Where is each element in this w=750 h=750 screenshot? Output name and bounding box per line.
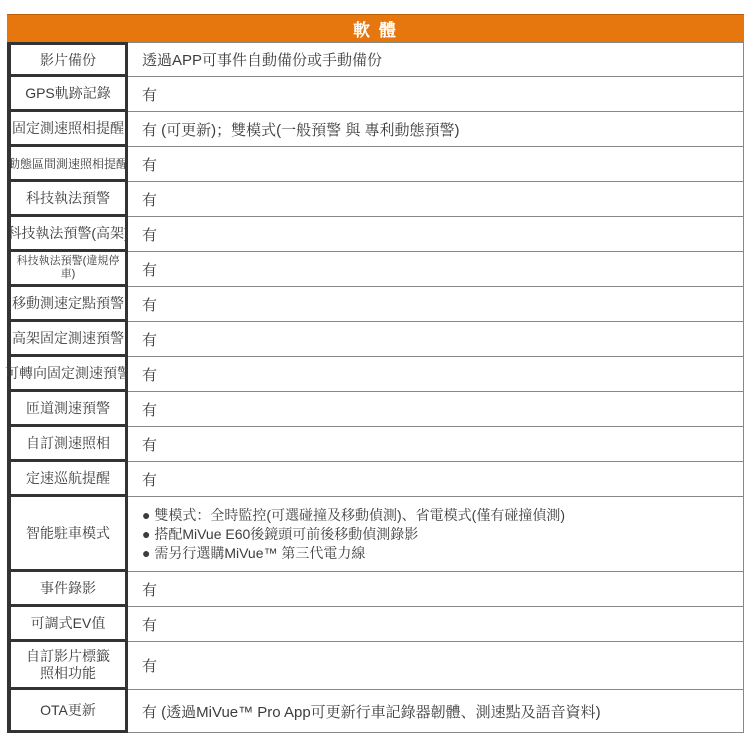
row-label: 動態區間測速照相提醒 xyxy=(7,147,128,182)
row-label: 定速巡航提醒 xyxy=(7,462,128,497)
row-value: 有 (透過MiVue™ Pro App可更新行車記錄器韌體、測速點及語音資料) xyxy=(128,690,744,733)
row-value: 有 xyxy=(128,147,744,182)
table-row: 自訂測速照相 有 xyxy=(7,427,744,462)
row-value: 有 xyxy=(128,77,744,112)
row-value: 有 xyxy=(128,392,744,427)
table-row: 事件錄影 有 xyxy=(7,572,744,607)
row-value: 有 xyxy=(128,287,744,322)
row-label: 移動測速定點預警 xyxy=(7,287,128,322)
row-label: 可轉向固定測速預警 xyxy=(7,357,128,392)
table-row: 可轉向固定測速預警 有 xyxy=(7,357,744,392)
row-value: 有 xyxy=(128,182,744,217)
row-label: 影片備份 xyxy=(7,42,128,77)
row-label: GPS軌跡記錄 xyxy=(7,77,128,112)
table-row: 影片備份 透過APP可事件自動備份或手動備份 xyxy=(7,42,744,77)
row-value: 有 xyxy=(128,607,744,642)
table-row: 可調式EV值 有 xyxy=(7,607,744,642)
row-label: 事件錄影 xyxy=(7,572,128,607)
row-value: 有 xyxy=(128,252,744,287)
row-label: 智能駐車模式 xyxy=(7,497,128,572)
table-row: 固定測速照相提醒 有 (可更新)；雙模式(一般預警 與 專利動態預警) xyxy=(7,112,744,147)
table-row: 高架固定測速預警 有 xyxy=(7,322,744,357)
software-spec-table: 軟 體 影片備份 透過APP可事件自動備份或手動備份 GPS軌跡記錄 有 固定測… xyxy=(7,14,744,733)
row-label: 匝道測速預警 xyxy=(7,392,128,427)
table-row: GPS軌跡記錄 有 xyxy=(7,77,744,112)
table-row: OTA更新 有 (透過MiVue™ Pro App可更新行車記錄器韌體、測速點及… xyxy=(7,690,744,733)
row-value: 有 xyxy=(128,642,744,690)
bullet-line: ● 雙模式：全時監控(可選碰撞及移動偵測)、省電模式(僅有碰撞偵測) xyxy=(142,506,737,525)
row-value: 透過APP可事件自動備份或手動備份 xyxy=(128,42,744,77)
row-label: 高架固定測速預警 xyxy=(7,322,128,357)
table-title: 軟 體 xyxy=(353,16,398,41)
table-row: 科技執法預警(高架) 有 xyxy=(7,217,744,252)
bullet-line: ● 需另行選購MiVue™ 第三代電力線 xyxy=(142,544,737,563)
table-row: 移動測速定點預警 有 xyxy=(7,287,744,322)
row-value: 有 xyxy=(128,427,744,462)
row-label: 科技執法預警(違規停 車) xyxy=(7,252,128,287)
table-row: 匝道測速預警 有 xyxy=(7,392,744,427)
table-row: 動態區間測速照相提醒 有 xyxy=(7,147,744,182)
table-row: 自訂影片標籤 照相功能 有 xyxy=(7,642,744,690)
table-row: 定速巡航提醒 有 xyxy=(7,462,744,497)
row-label: 科技執法預警(高架) xyxy=(7,217,128,252)
row-value: 有 xyxy=(128,217,744,252)
row-label: 自訂測速照相 xyxy=(7,427,128,462)
row-label: 可調式EV值 xyxy=(7,607,128,642)
row-value: 有 xyxy=(128,572,744,607)
table-row: 科技執法預警 有 xyxy=(7,182,744,217)
row-value: 有 xyxy=(128,357,744,392)
table-row: 科技執法預警(違規停 車) 有 xyxy=(7,252,744,287)
row-label: 科技執法預警 xyxy=(7,182,128,217)
table-row: 智能駐車模式 ● 雙模式：全時監控(可選碰撞及移動偵測)、省電模式(僅有碰撞偵測… xyxy=(7,497,744,572)
row-value: 有 (可更新)；雙模式(一般預警 與 專利動態預警) xyxy=(128,112,744,147)
row-value: ● 雙模式：全時監控(可選碰撞及移動偵測)、省電模式(僅有碰撞偵測) ● 搭配M… xyxy=(128,497,744,572)
row-label: OTA更新 xyxy=(7,690,128,733)
table-header: 軟 體 xyxy=(7,14,744,42)
row-label: 自訂影片標籤 照相功能 xyxy=(7,642,128,690)
row-value: 有 xyxy=(128,462,744,497)
bullet-line: ● 搭配MiVue E60後鏡頭可前後移動偵測錄影 xyxy=(142,525,737,544)
row-label: 固定測速照相提醒 xyxy=(7,112,128,147)
row-value: 有 xyxy=(128,322,744,357)
